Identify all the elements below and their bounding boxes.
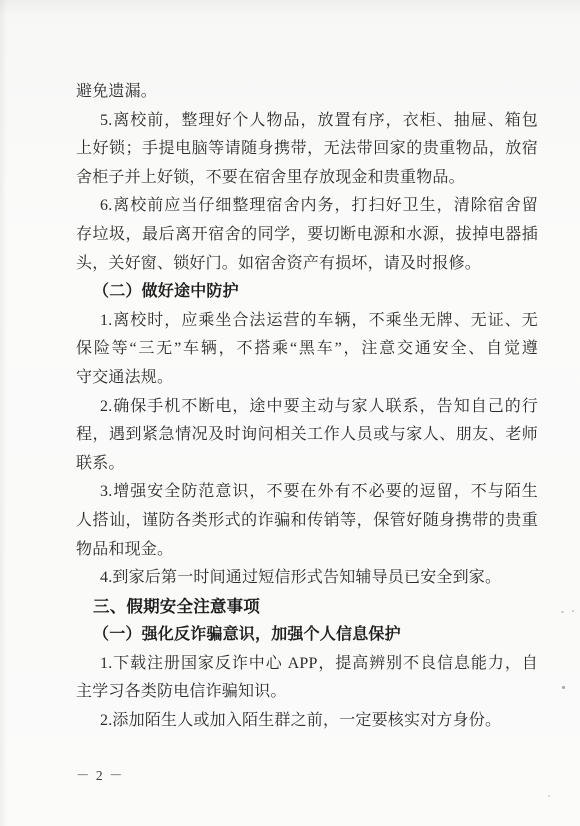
text-line: （一）强化反诈骗意识，加强个人信息保护 [76, 621, 538, 650]
text-line: 保险等“三无”车辆，不搭乘“黑车”，注意交通安全、自觉遵 [76, 335, 538, 364]
text-line: 联系。 [76, 450, 538, 479]
text-line: 物品和现金。 [76, 536, 538, 565]
text-line: 舍柜子并上好锁，不要在宿舍里存放现金和贵重物品。 [76, 164, 538, 193]
document-body: 避免遗漏。5.离校前，整理好个人物品，放置有序，衣柜、抽屉、箱包上好锁；手提电脑… [76, 78, 538, 736]
scanned-document-page: 避免遗漏。5.离校前，整理好个人物品，放置有序，衣柜、抽屉、箱包上好锁；手提电脑… [0, 0, 580, 826]
scan-noise-speck [548, 795, 550, 797]
text-line: 5.离校前，整理好个人物品，放置有序，衣柜、抽屉、箱包 [76, 107, 538, 136]
text-line: 1.离校时，应乘坐合法运营的车辆，不乘坐无牌、无证、无 [76, 307, 538, 336]
text-line: （二）做好途中防护 [76, 278, 538, 307]
text-line: 1.下载注册国家反诈中心 APP，提高辨别不良信息能力，自 [76, 650, 538, 679]
scan-noise-speck [572, 610, 574, 612]
text-line: 存垃圾，最后离开宿舍的同学，要切断电源和水源，拔掉电器插 [76, 221, 538, 250]
text-line: 头，关好窗、锁好门。如宿舍资产有损坏，请及时报修。 [76, 250, 538, 279]
text-line: 三、假期安全注意事项 [76, 593, 538, 622]
text-line: 避免遗漏。 [76, 78, 538, 107]
text-line: 人搭讪，谨防各类形式的诈骗和传销等，保管好随身携带的贵重 [76, 507, 538, 536]
text-line: 守交通法规。 [76, 364, 538, 393]
scan-noise-speck [562, 686, 565, 689]
text-line: 6.离校前应当仔细整理宿舍内务，打扫好卫生，清除宿舍留 [76, 192, 538, 221]
text-line: 4.到家后第一时间通过短信形式告知辅导员已安全到家。 [76, 564, 538, 593]
text-line: 2.添加陌生人或加入陌生群之前，一定要核实对方身份。 [76, 707, 538, 736]
text-line: 3.增强安全防范意识，不要在外有不必要的逗留，不与陌生 [76, 478, 538, 507]
text-line: 程，遇到紧急情况及时询问相关工作人员或与家人、朋友、老师 [76, 421, 538, 450]
text-line: 上好锁；手提电脑等请随身携带，无法带回家的贵重物品，放宿 [76, 135, 538, 164]
scan-noise-speck [561, 611, 564, 613]
page-number: － 2 － [76, 768, 124, 784]
text-line: 主学习各类防电信诈骗知识。 [76, 678, 538, 707]
text-line: 2.确保手机不断电，途中要主动与家人联系，告知自己的行 [76, 393, 538, 422]
